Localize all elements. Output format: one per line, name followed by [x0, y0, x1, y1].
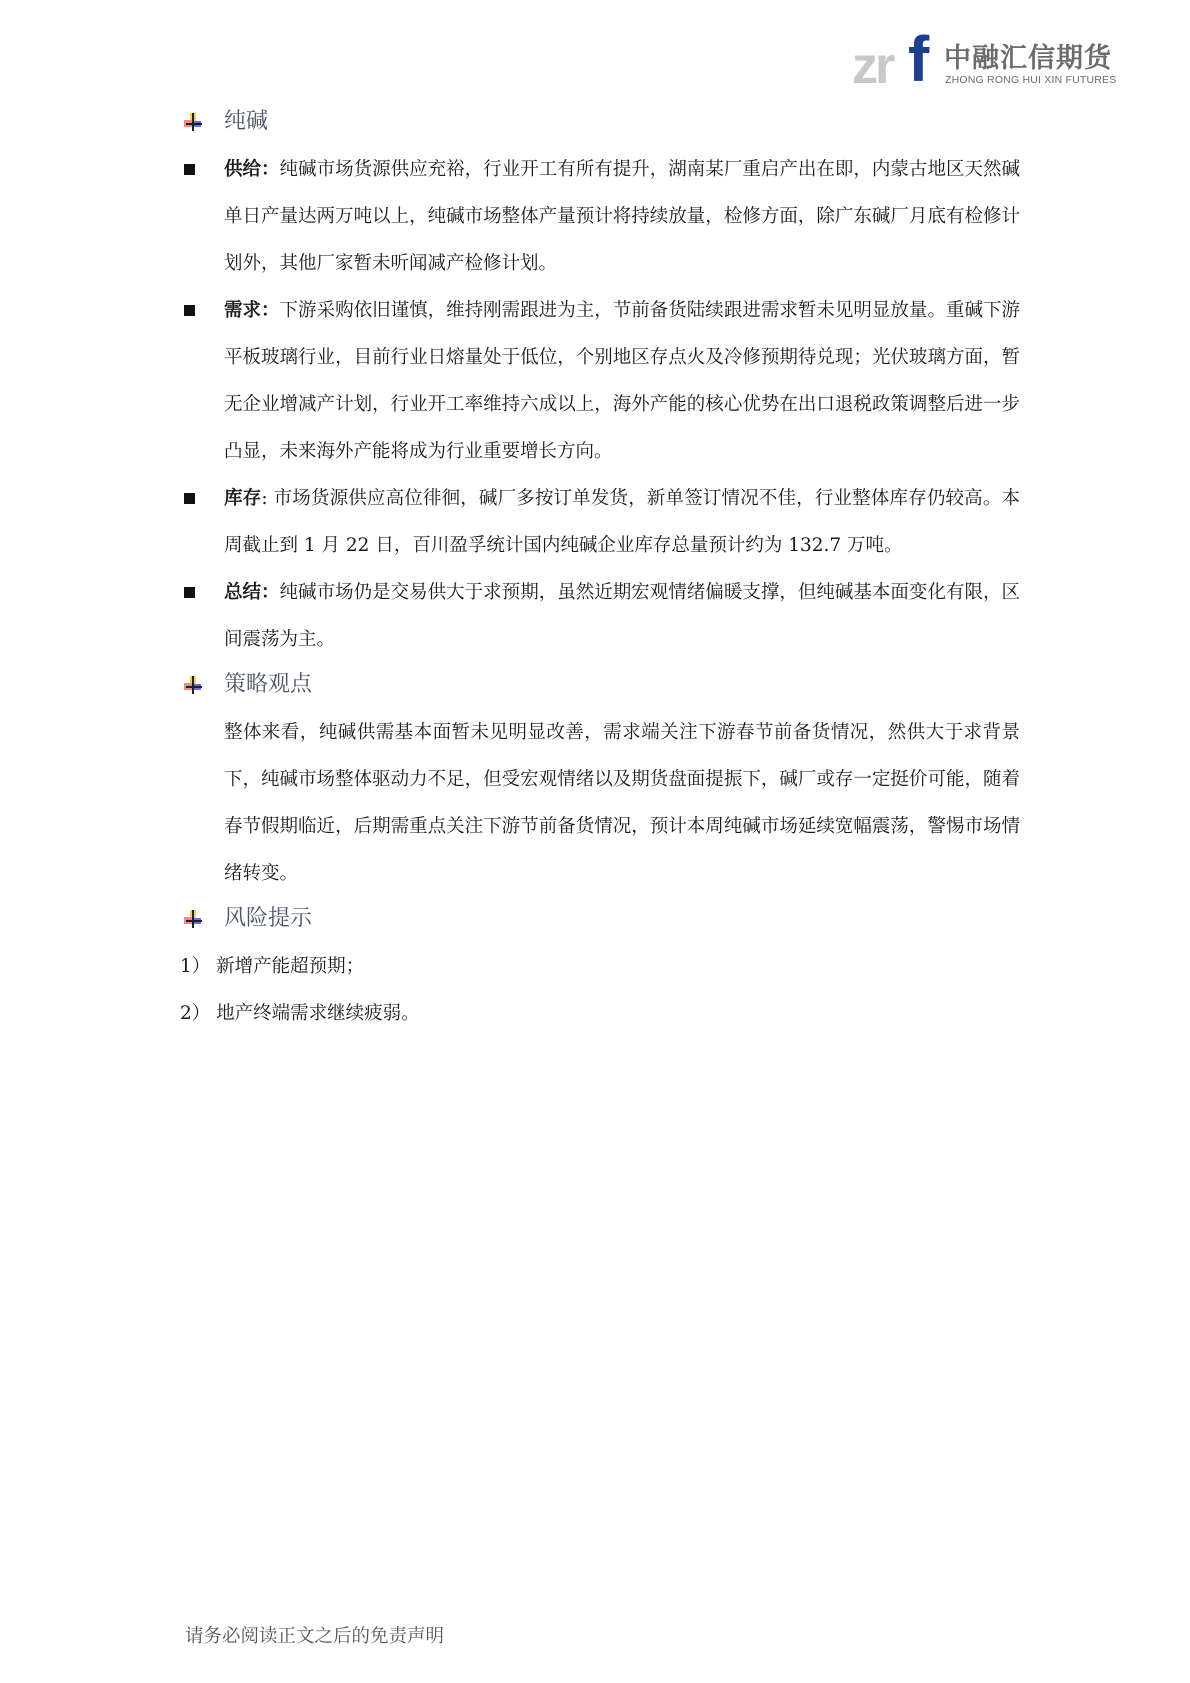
- section-heading-risk: 风险提示: [180, 897, 1020, 941]
- section-heading-strategy: 策略观点: [180, 663, 1020, 707]
- bullet-text: 纯碱市场货源供应充裕，行业开工有所有提升，湖南某厂重启产出在即，内蒙古地区天然碱…: [224, 159, 1020, 274]
- bullet-label: 供给：: [224, 159, 280, 180]
- section-marker-icon: [184, 113, 202, 131]
- section-title: 纯碱: [224, 109, 268, 134]
- square-bullet-icon: [184, 164, 195, 175]
- square-bullet-icon: [184, 493, 195, 504]
- bullet-demand: 需求：下游采购依旧谨慎，维持刚需跟进为主，节前备货陆续跟进需求暂未见明显放量。重…: [180, 287, 1020, 475]
- square-bullet-icon: [184, 305, 195, 316]
- bullet-supply: 供给：纯碱市场货源供应充裕，行业开工有所有提升，湖南某厂重启产出在即，内蒙古地区…: [180, 146, 1020, 287]
- logo-mark-f: f: [908, 30, 929, 88]
- section-marker-icon: [184, 676, 202, 694]
- bullet-label: 需求：: [224, 300, 280, 321]
- bullet-text: 下游采购依旧谨慎，维持刚需跟进为主，节前备货陆续跟进需求暂未见明显放量。重碱下游…: [224, 300, 1020, 462]
- section-heading-soda-ash: 纯碱: [180, 100, 1020, 144]
- bullet-label: 库存: [224, 488, 261, 509]
- section-marker-icon: [184, 910, 202, 928]
- logo-mark-zr: zr: [852, 44, 892, 88]
- bullet-label: 总结：: [224, 582, 280, 603]
- bullet-inventory: 库存: 市场货源供应高位徘徊，碱厂多按订单发货，新单签订情况不佳，行业整体库存仍…: [180, 475, 1020, 569]
- bullet-summary: 总结：纯碱市场仍是交易供大于求预期，虽然近期宏观情绪偏暖支撑，但纯碱基本面变化有…: [180, 569, 1020, 663]
- bullet-text: : 市场货源供应高位徘徊，碱厂多按订单发货，新单签订情况不佳，行业整体库存仍较高…: [224, 488, 1020, 556]
- risk-item: 2） 地产终端需求继续疲弱。: [180, 990, 1020, 1037]
- bullet-text: 纯碱市场仍是交易供大于求预期，虽然近期宏观情绪偏暖支撑，但纯碱基本面变化有限，区…: [224, 582, 1020, 650]
- logo-chinese-name: 中融汇信期货: [944, 36, 1112, 75]
- disclaimer-note: 请务必阅读正文之后的免责声明: [185, 1622, 444, 1648]
- company-logo: zr f 中融汇信期货 ZHONG RONG HUI XIN FUTURES: [852, 30, 1122, 88]
- risk-item: 1） 新增产能超预期；: [180, 943, 1020, 990]
- report-body: 纯碱 供给：纯碱市场货源供应充裕，行业开工有所有提升，湖南某厂重启产出在即，内蒙…: [180, 100, 1020, 1037]
- strategy-paragraph: 整体来看，纯碱供需基本面暂未见明显改善，需求端关注下游春节前备货情况，然供大于求…: [180, 709, 1020, 897]
- square-bullet-icon: [184, 587, 195, 598]
- section-title: 风险提示: [224, 906, 312, 931]
- section-title: 策略观点: [224, 672, 312, 697]
- logo-english-name: ZHONG RONG HUI XIN FUTURES: [945, 74, 1116, 86]
